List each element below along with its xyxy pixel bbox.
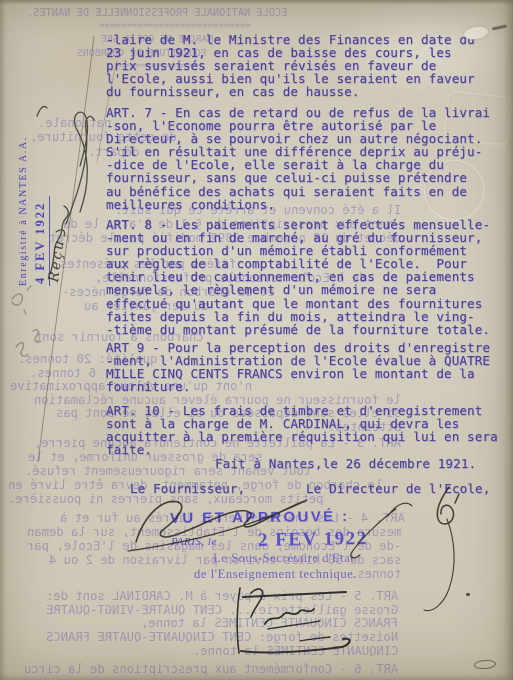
supplier-signature-label: Le Fournisseur, <box>130 482 245 495</box>
paragraph-article-8: ART. 8 - Les paiements seront effectués … <box>106 218 508 336</box>
approval-stamp-department: de l'Enseignement technique. <box>194 567 357 582</box>
showthrough-line: FRANCS CINQUANTE CENTIMES la tonne, <box>141 616 398 630</box>
approval-stamp-signatory: Le Sous-Secrétaire d'Etat <box>213 551 355 566</box>
approval-stamp-title: VU ET APPROUVÉ : <box>170 508 350 527</box>
document-scan-page: ECOLE NATIONALE PROFESSIONNELLE DE NANTE… <box>0 0 513 680</box>
director-signature-label: Le Directeur de l'Ecole, <box>306 482 490 495</box>
approval-stamp-date: 2 FEV 1922 <box>258 528 368 552</box>
showthrough-line: ART. 6 - Conformément aux prescriptions … <box>24 662 398 676</box>
showthrough-line: ): 6 tonnes. <box>30 366 118 380</box>
showthrough-line: ART. 5 - Les prix à payer à M. CARDINAL … <box>46 589 398 603</box>
paragraph-article-10: ART. 10 - Les frais de timbre et d'enreg… <box>106 404 508 456</box>
registration-stamp: Enregistré à NANTES A.A. 4 FEV 1922 <box>18 90 50 286</box>
ink-speck <box>466 593 470 596</box>
showthrough-line: Noisettes de forge: CENT CINQUANTE-QUATR… <box>46 630 398 644</box>
paragraph-intro: -laire de M. le Ministre des Finances en… <box>106 33 508 98</box>
showthrough-line: CINQUANTE CENTIMES la tonne. <box>193 644 398 658</box>
approval-stamp-place: PARIS, le <box>171 536 217 548</box>
showthrough-line: ECOLE NATIONALE PROFESSIONNELLE DE NANTE… <box>27 7 287 19</box>
showthrough-line: tonnes. <box>350 567 401 581</box>
showthrough-line: ============================ <box>99 21 251 31</box>
pen-dash-mark <box>492 24 507 30</box>
ink-ring-mark <box>474 659 497 670</box>
dateline: Fait à Nantes,le 26 décembre 1921. <box>215 457 476 470</box>
paragraph-article-9: ART 9 - Pour la perception des droits d'… <box>106 341 508 393</box>
paragraph-article-7: ART. 7 - En cas de retard ou de refus de… <box>106 106 508 211</box>
showthrough-line: Grosse gailletterie.... CENT QUATRE-VING… <box>46 603 398 617</box>
registration-stamp-text: Enregistré à NANTES A.A. <box>18 90 29 286</box>
pencil-notes <box>12 286 41 356</box>
